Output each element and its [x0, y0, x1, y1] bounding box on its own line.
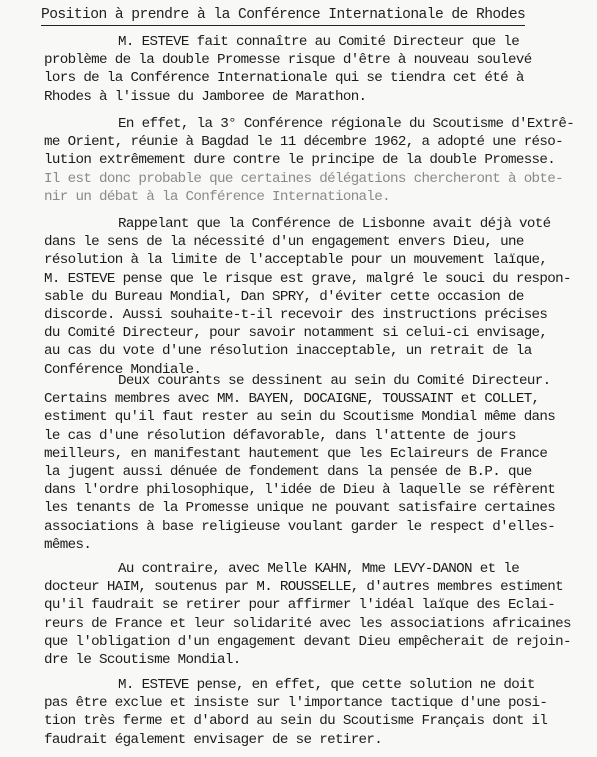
text-line: Rappelant que la Conférence de Lisbonne … — [44, 215, 584, 233]
text-line: résolution à la limite de l'acceptable p… — [44, 251, 584, 269]
text-line: lution extrêmement dure contre le princi… — [44, 151, 584, 169]
paragraph-au-contraire: Au contraire, avec Melle KAHN, Mme LEVY-… — [44, 560, 584, 669]
paragraph-deux-courants: Deux courants se dessinent au sein du Co… — [44, 372, 584, 554]
text-line: M. ESTEVE pense, en effet, que cette sol… — [44, 676, 584, 694]
text-line: M. ESTEVE pense que le risque est grave,… — [44, 270, 584, 288]
text-line: Certains membres avec MM. BAYEN, DOCAIGN… — [44, 390, 584, 408]
text-line: reurs de France et leur solidarité avec … — [44, 615, 584, 633]
text-line: faudrait également envisager de se retir… — [44, 731, 584, 749]
text-line: le cas d'une résolution défavorable, dan… — [44, 427, 584, 445]
text-line: la jugent aussi dénuée de fondement dans… — [44, 463, 584, 481]
text-line: associations à base religieuse voulant g… — [44, 518, 584, 536]
text-line: sable du Bureau Mondial, Dan SPRY, d'évi… — [44, 288, 584, 306]
text-line: lors de la Conférence Internationale qui… — [44, 69, 584, 87]
text-line: que l'obligation d'un engagement devant … — [44, 633, 584, 651]
text-line: mêmes. — [44, 536, 584, 554]
paragraph-lisbonne: Rappelant que la Conférence de Lisbonne … — [44, 215, 584, 379]
text-line: Deux courants se dessinent au sein du Co… — [44, 372, 584, 390]
text-line: docteur HAIM, soutenus par M. ROUSSELLE,… — [44, 578, 584, 596]
text-line: du Comité Directeur, pour savoir notamme… — [44, 324, 584, 342]
text-line: Rhodes à l'issue du Jamboree de Marathon… — [44, 88, 584, 106]
text-line: meilleurs, en manifestant hautement que … — [44, 445, 584, 463]
text-line: les tenants de la Promesse unique ne pou… — [44, 499, 584, 517]
text-line: tion très ferme et d'abord au sein du Sc… — [44, 712, 584, 730]
text-line: qu'il faudrait se retirer pour affirmer … — [44, 596, 584, 614]
text-line: me Orient, réunie à Bagdad le 11 décembr… — [44, 133, 584, 151]
text-line: problème de la double Promesse risque d'… — [44, 51, 584, 69]
text-line: pas être exclue et insiste sur l'importa… — [44, 694, 584, 712]
paragraph-esteve-conclusion: M. ESTEVE pense, en effet, que cette sol… — [44, 676, 584, 749]
document-page: Position à prendre à la Conférence Inter… — [0, 0, 597, 757]
text-line: Au contraire, avec Melle KAHN, Mme LEVY-… — [44, 560, 584, 578]
text-line: En effet, la 3° Conférence régionale du … — [44, 115, 584, 133]
text-line: M. ESTEVE fait connaître au Comité Direc… — [44, 33, 584, 51]
text-line: Il est donc probable que certaines délég… — [44, 170, 584, 188]
text-line: nir un débat à la Conférence Internation… — [44, 188, 584, 206]
paragraph-esteve-intro: M. ESTEVE fait connaître au Comité Direc… — [44, 33, 584, 106]
text-line: dans l'ordre philosophique, l'idée de Di… — [44, 481, 584, 499]
text-line: dre le Scoutisme Mondial. — [44, 651, 584, 669]
text-line: au cas du vote d'une résolution inaccept… — [44, 342, 584, 360]
text-line: dans le sens de la nécessité d'un engage… — [44, 233, 584, 251]
paragraph-bagdad-conference: En effet, la 3° Conférence régionale du … — [44, 115, 584, 206]
text-line: estiment qu'il faut rester au sein du Sc… — [44, 408, 584, 426]
section-heading: Position à prendre à la Conférence Inter… — [41, 6, 525, 26]
text-line: discorde. Aussi souhaite-t-il recevoir d… — [44, 306, 584, 324]
